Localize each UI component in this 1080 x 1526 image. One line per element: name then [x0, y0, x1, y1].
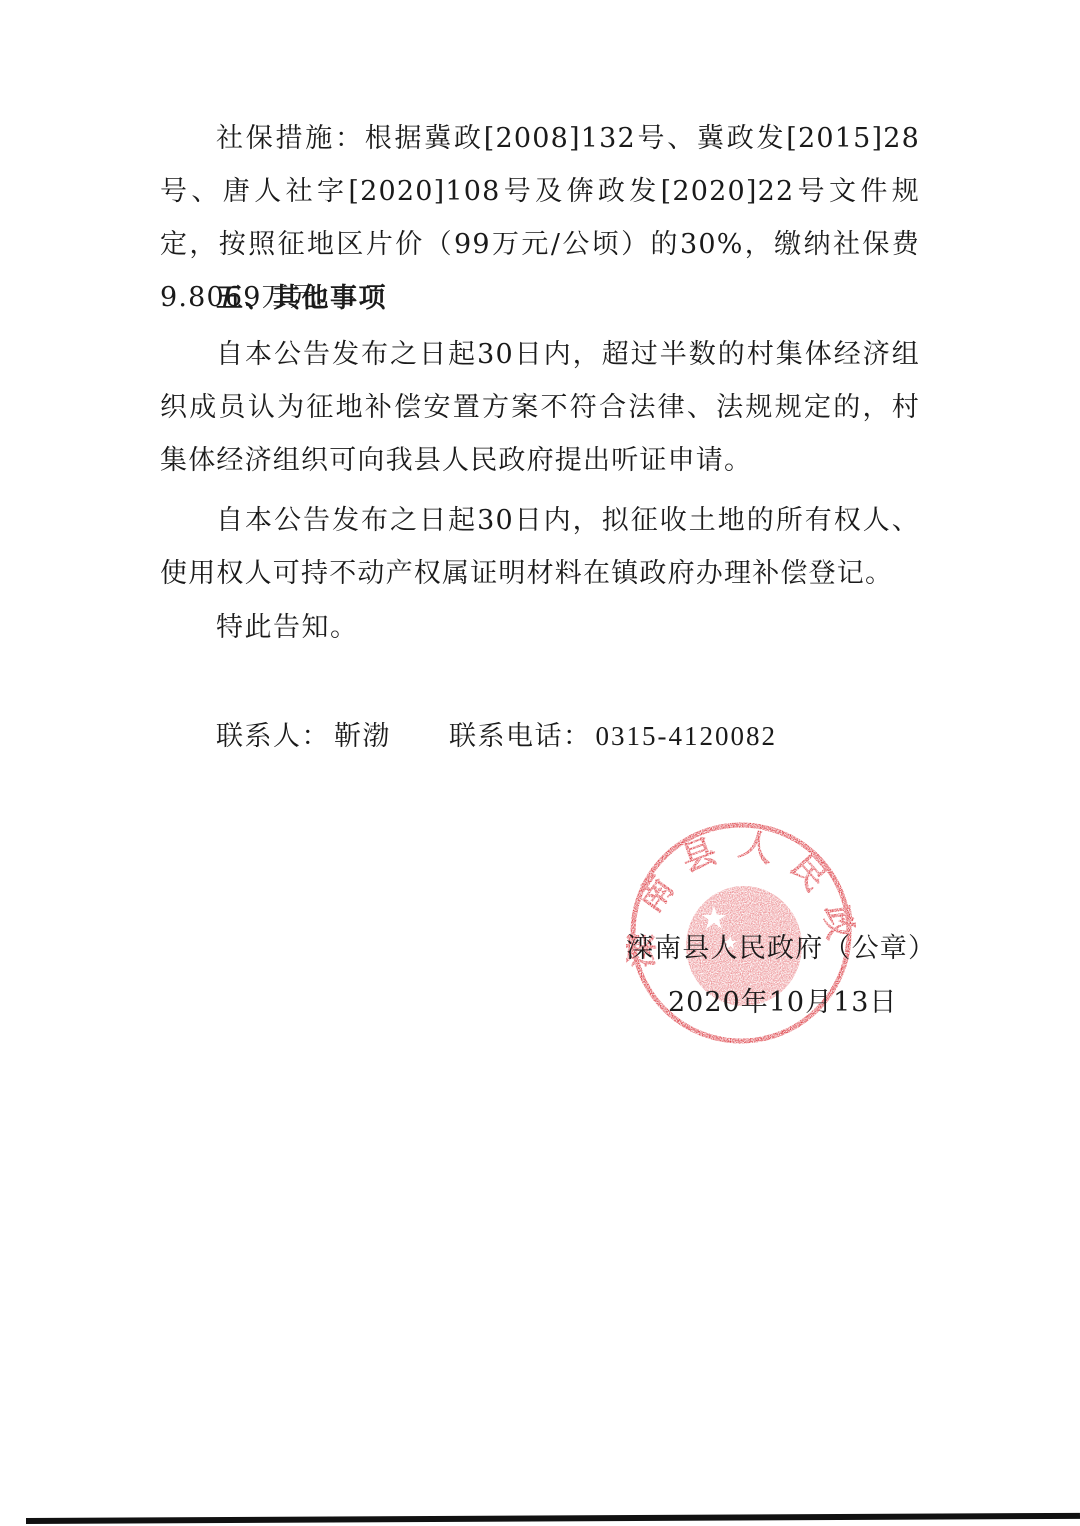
paragraph-compensation-registration: 自本公告发布之日起30日内，拟征收土地的所有权人、使用权人可持不动产权属证明材料… [160, 494, 920, 600]
section-heading-other-matters: 五、其他事项 [216, 272, 387, 325]
contact-person-label: 联系人： [216, 721, 330, 752]
paragraph-hearing-application: 自本公告发布之日起30日内，超过半数的村集体经济组织成员认为征地补偿安置方案不符… [160, 328, 920, 487]
contact-phone: 联系电话：0315-4120082 [449, 710, 777, 763]
contact-phone-number: 0315-4120082 [596, 721, 778, 751]
contact-person-name: 靳渤 [334, 721, 391, 752]
issue-date: 2020年10月13日 [668, 976, 897, 1029]
issuer-signature: 滦南县人民政府（公章） [626, 922, 936, 975]
contact-person: 联系人：靳渤 [216, 710, 391, 763]
document-page: 社保措施：根据冀政[2008]132号、冀政发[2015]28号、唐人社字[20… [0, 0, 1080, 1526]
closing-statement: 特此告知。 [216, 601, 359, 654]
scan-edge-divider [26, 1513, 1080, 1524]
contact-phone-label: 联系电话： [449, 721, 592, 752]
contact-info: 联系人：靳渤 联系电话：0315-4120082 [216, 710, 777, 763]
